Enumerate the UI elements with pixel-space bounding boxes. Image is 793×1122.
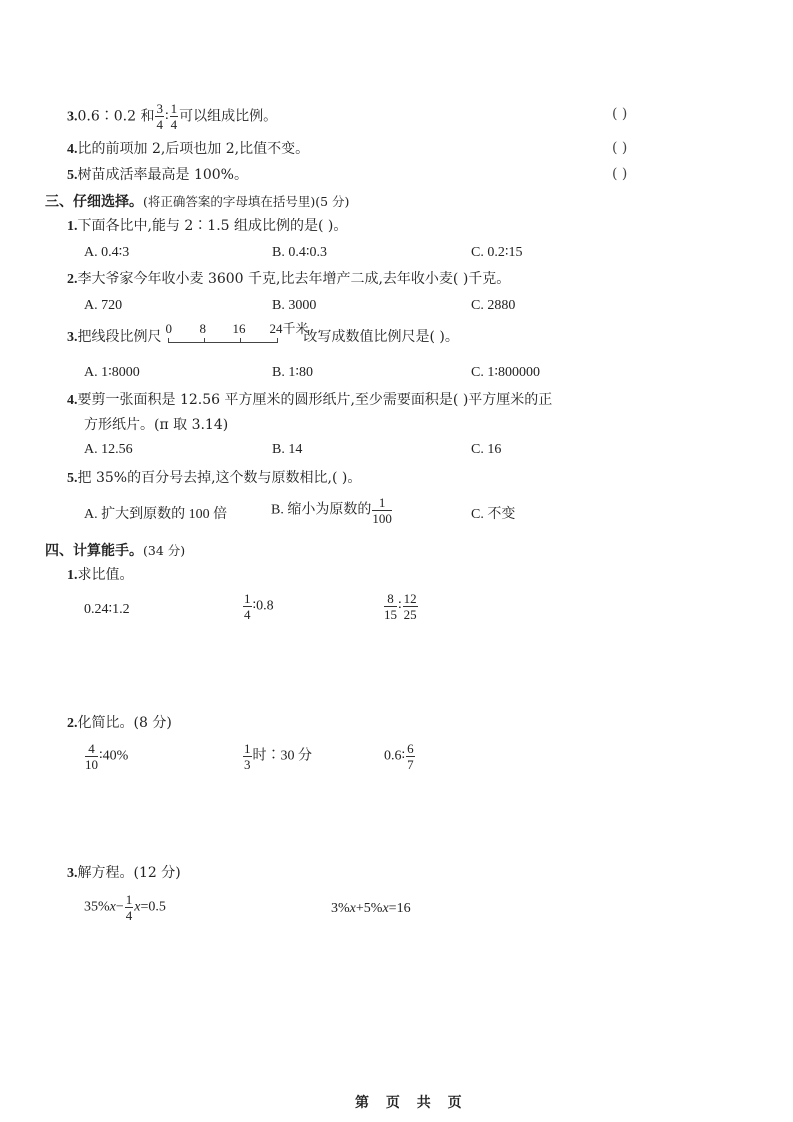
answer-blank[interactable]: ( ) <box>612 166 627 182</box>
option-b[interactable]: B. 0.4∶0.3 <box>272 244 327 261</box>
option-b[interactable]: B. 14 <box>272 442 302 458</box>
page-footer: 第 页 共 页 <box>355 1092 468 1112</box>
option-a[interactable]: A. 1∶8000 <box>84 364 140 381</box>
equation: 3%x+5%x=16 <box>331 901 411 917</box>
judgment-item-5: 5.树苗成活率最高是 100%。 <box>67 166 248 185</box>
expression: 14∶0.8 <box>242 592 274 621</box>
question-3-1: 1.下面各比中,能与 2∶1.5 组成比例的是( )。 <box>67 217 347 236</box>
expression: 815∶1225 <box>383 592 419 621</box>
question-3-3: 3.把线段比例尺 0 8 16 24千米 改写成数值比例尺是( )。 <box>67 326 459 348</box>
answer-blank[interactable]: ( ) <box>612 106 627 122</box>
option-b[interactable]: B. 1∶80 <box>272 364 313 381</box>
question-3-4: 4.要剪一张面积是 12.56 平方厘米的圆形纸片,至少需要面积是( )平方厘米… <box>67 391 552 410</box>
option-a[interactable]: A. 0.4∶3 <box>84 244 129 261</box>
judgment-item-3: 3.0.6∶0.2 和34∶14可以组成比例。 <box>67 102 277 131</box>
question-4-2: 2.化简比。(8 分) <box>67 714 172 733</box>
expression: 410∶40% <box>84 742 128 771</box>
fraction: 1100 <box>372 496 392 525</box>
question-3-4-cont: 方形纸片。(π 取 3.14) <box>84 416 228 434</box>
question-3-5: 5.把 35%的百分号去掉,这个数与原数相比,( )。 <box>67 469 361 488</box>
question-4-1: 1.求比值。 <box>67 566 134 585</box>
equation: 35%x−14x=0.5 <box>84 893 166 922</box>
option-a[interactable]: A. 720 <box>84 298 122 314</box>
question-3-2: 2.李大爷家今年收小麦 3600 千克,比去年增产二成,去年收小麦( )千克。 <box>67 270 510 289</box>
option-c[interactable]: C. 16 <box>471 442 501 458</box>
option-c[interactable]: C. 1∶800000 <box>471 364 540 381</box>
judgment-item-4: 4.比的前项加 2,后项也加 2,比值不变。 <box>67 140 309 159</box>
section-3-heading: 三、仔细选择。(将正确答案的字母填在括号里)(5 分) <box>45 191 349 211</box>
fraction: 14 <box>170 102 179 131</box>
section-4-heading: 四、计算能手。(34 分) <box>45 540 185 560</box>
answer-blank[interactable]: ( ) <box>612 140 627 156</box>
option-a[interactable]: A. 扩大到原数的 100 倍 <box>84 503 227 523</box>
option-c[interactable]: C. 0.2∶15 <box>471 244 522 261</box>
expression: 0.24∶1.2 <box>84 601 130 618</box>
option-a[interactable]: A. 12.56 <box>84 442 133 458</box>
line-scale-ruler: 0 8 16 24千米 <box>166 320 278 348</box>
expression: 13时∶30 分 <box>242 742 312 771</box>
fraction: 34 <box>155 102 164 131</box>
option-c[interactable]: C. 2880 <box>471 298 515 314</box>
expression: 0.6∶67 <box>384 742 416 771</box>
option-b[interactable]: B. 缩小为原数的1100 <box>271 496 393 525</box>
question-4-3: 3.解方程。(12 分) <box>67 864 181 883</box>
option-b[interactable]: B. 3000 <box>272 298 316 314</box>
option-c[interactable]: C. 不变 <box>471 503 515 523</box>
